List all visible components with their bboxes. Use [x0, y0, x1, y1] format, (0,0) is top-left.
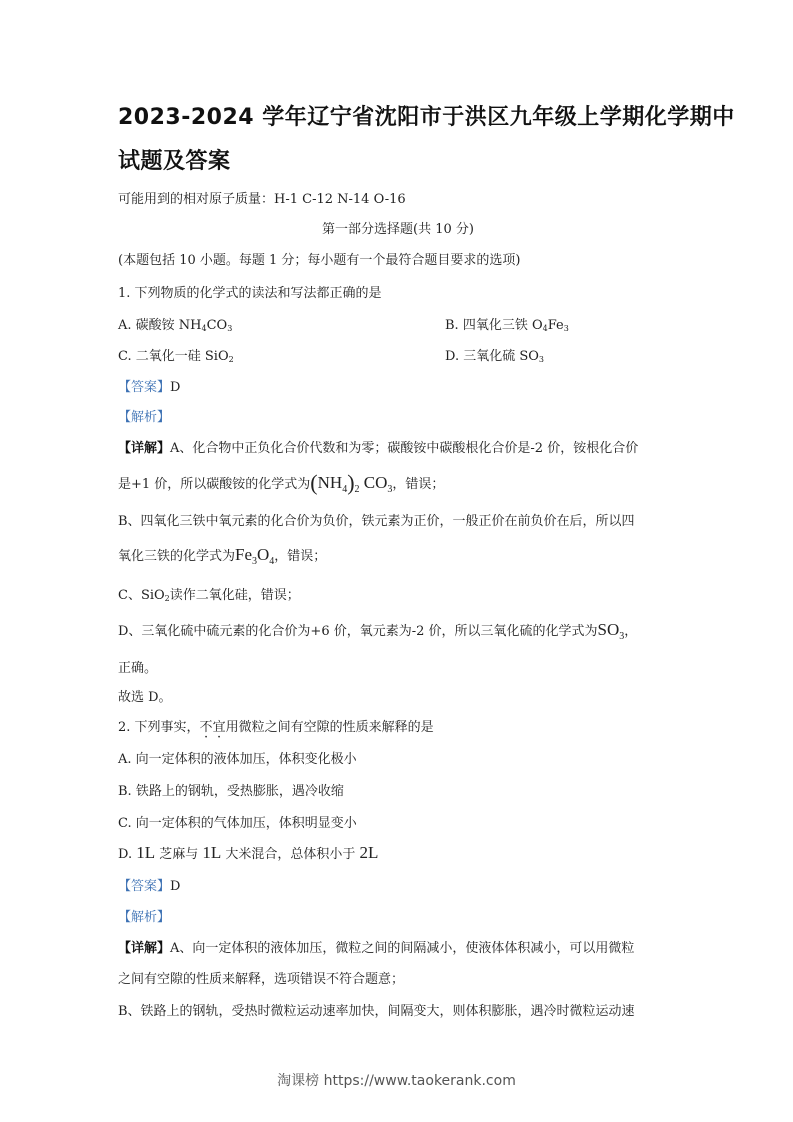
emphasis-char: 不: [200, 720, 213, 735]
page-title-line1: 2023-2024 学年辽宁省沈阳市于洪区九年级上学期化学期中: [118, 100, 688, 131]
atomic-masses: 可能用到的相对原子质量：H-1 C-12 N-14 O-16: [118, 188, 406, 207]
q2-option-c: C. 向一定体积的气体加压，体积明显变小: [118, 812, 357, 831]
analysis-label: 【解析】: [118, 910, 170, 925]
q1-stem: 1. 下列物质的化学式的读法和写法都正确的是: [118, 282, 382, 301]
formula-part: O: [257, 545, 269, 564]
q2-stem: 2. 下列事实，不宜用微粒之间有空隙的性质来解释的是: [118, 716, 434, 735]
q1-conclusion: 故选 D。: [118, 686, 172, 705]
q1-option-d: D. 三氧化硫 SO3: [445, 345, 544, 364]
answer-value: D: [170, 380, 180, 395]
subscript: 3: [227, 324, 232, 333]
q2-option-b: B. 铁路上的钢轨，受热膨胀，遇冷收缩: [118, 780, 344, 799]
q2-stem-text: 2. 下列事实，: [118, 720, 200, 735]
q1-detail-d-line2: 正确。: [118, 657, 157, 676]
formula-part: SO: [598, 620, 620, 639]
detail-label: 【详解】: [118, 941, 170, 956]
q1-detail-b-line1: B、四氧化三铁中氧元素的化合价为负价，铁元素为正价，一般正价在前负价在后，所以四: [118, 510, 635, 529]
formula-ammonium-carbonate: (NH4)2 CO3: [310, 473, 392, 492]
volume-value: 2L: [360, 843, 379, 862]
q1-detail-d-line1: D、三氧化硫中硫元素的化合价为+6 价，氧元素为-2 价，所以三氧化硫的化学式为…: [118, 620, 637, 642]
q1-answer: 【答案】D: [118, 376, 180, 395]
formula-iron-oxide: Fe3O4: [235, 545, 274, 564]
subscript: 2: [229, 355, 234, 364]
paren: (: [310, 470, 317, 495]
q1-detail-a-line1: 【详解】A、化合物中正负化合价代数和为零；碳酸铵中碳酸根化合价是-2 价，铵根化…: [118, 437, 638, 456]
q1-option-a-text: A. 碳酸铵 NH: [118, 318, 202, 333]
q1-option-b: B. 四氧化三铁 O4Fe3: [445, 314, 569, 333]
footer-watermark: 淘课榜 https://www.taokerank.com: [0, 1070, 793, 1090]
q1-option-d-text: D. 三氧化硫 SO: [445, 349, 539, 364]
q1-option-a: A. 碳酸铵 NH4CO3: [118, 314, 232, 333]
section-note: (本题包括 10 小题。每题 1 分；每小题有一个最符合题目要求的选项): [118, 249, 521, 268]
detail-text: A、化合物中正负化合价代数和为零；碳酸铵中碳酸根化合价是-2 价，铵根化合价: [170, 441, 638, 456]
detail-text: 是+1 价，所以碳酸铵的化学式为: [118, 477, 310, 492]
detail-text: ，: [624, 624, 637, 639]
q2-option-d-text: 芝麻与: [155, 847, 202, 862]
q2-option-a: A. 向一定体积的液体加压，体积变化极小: [118, 748, 357, 767]
formula-sulfur-trioxide: SO3: [598, 620, 625, 639]
answer-value: D: [170, 879, 180, 894]
paren: ): [347, 470, 354, 495]
detail-text: 读作二氧化硅，错误；: [170, 588, 300, 603]
q1-option-b-text: B. 四氧化三铁 O: [445, 318, 543, 333]
detail-label: 【详解】: [118, 441, 170, 456]
q2-analysis-label: 【解析】: [118, 906, 170, 925]
detail-text: D、三氧化硫中硫元素的化合价为+6 价，氧元素为-2 价，所以三氧化硫的化学式为: [118, 624, 598, 639]
q1-option-b-text: Fe: [548, 318, 564, 333]
q1-analysis-label: 【解析】: [118, 406, 170, 425]
answer-label: 【答案】: [118, 879, 170, 894]
subscript: 3: [539, 355, 544, 364]
page-title-line2: 试题及答案: [118, 144, 688, 175]
section-heading: 第一部分选择题(共 10 分): [118, 218, 678, 237]
q1-option-c-text: C. 二氧化一硅 SiO: [118, 349, 229, 364]
detail-text: ，错误；: [274, 549, 326, 564]
formula-part: Fe: [235, 545, 252, 564]
detail-text: 氧化三铁的化学式为: [118, 549, 235, 564]
detail-text: C、SiO: [118, 588, 165, 603]
formula-part: CO: [364, 473, 388, 492]
subscript: 2: [355, 484, 360, 495]
q2-detail-a-line2: 之间有空隙的性质来解释，选项错误不符合题意；: [118, 968, 404, 987]
q2-option-d-text: 大米混合，总体积小于: [221, 847, 359, 862]
q1-detail-c: C、SiO2读作二氧化硅，错误；: [118, 584, 300, 603]
detail-text: ，错误；: [392, 477, 444, 492]
analysis-label: 【解析】: [118, 410, 170, 425]
q2-option-d: D. 1L 芝麻与 1L 大米混合，总体积小于 2L: [118, 843, 378, 863]
q2-stem-text: 用微粒之间有空隙的性质来解释的是: [226, 720, 434, 735]
emphasis-char: 宜: [213, 720, 226, 735]
volume-value: 1L: [136, 843, 155, 862]
q2-detail-a-line1: 【详解】A、向一定体积的液体加压，微粒之间的间隔减小，使液体体积减小，可以用微粒: [118, 937, 634, 956]
formula-part: NH: [318, 473, 343, 492]
q2-detail-b-line1: B、铁路上的钢轨，受热时微粒运动速率加快，间隔变大，则体积膨胀，遇冷时微粒运动速: [118, 1000, 635, 1019]
q1-option-c: C. 二氧化一硅 SiO2: [118, 345, 234, 364]
subscript: 3: [564, 324, 569, 333]
volume-value: 1L: [202, 843, 221, 862]
q1-detail-b-line2: 氧化三铁的化学式为Fe3O4，错误；: [118, 545, 326, 567]
answer-label: 【答案】: [118, 380, 170, 395]
q2-option-d-text: D.: [118, 847, 136, 862]
q1-option-a-text: CO: [207, 318, 228, 333]
document-page: 2023-2024 学年辽宁省沈阳市于洪区九年级上学期化学期中 试题及答案 可能…: [0, 0, 793, 1122]
q2-answer: 【答案】D: [118, 875, 180, 894]
q1-detail-a-line2: 是+1 价，所以碳酸铵的化学式为(NH4)2 CO3，错误；: [118, 470, 444, 496]
detail-text: A、向一定体积的液体加压，微粒之间的间隔减小，使液体体积减小，可以用微粒: [170, 941, 634, 956]
